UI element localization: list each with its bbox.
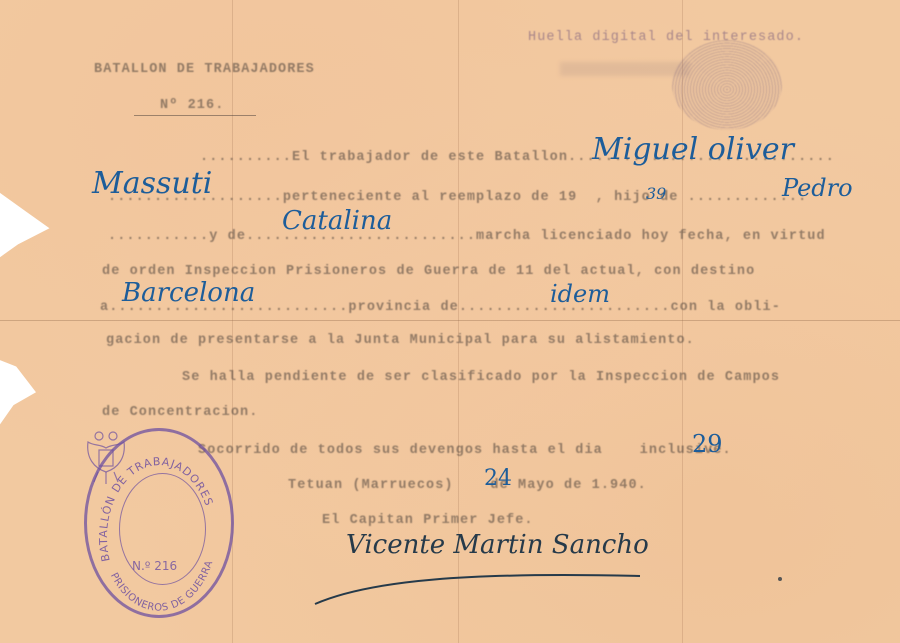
fingerprint-mark <box>672 40 782 130</box>
date-day-handwritten: 24 <box>484 466 512 491</box>
worker-name-handwritten: Miguel oliver <box>592 132 794 167</box>
signature: Vicente Martin Sancho <box>346 530 649 560</box>
body-line-3: ...........y de.........................… <box>108 229 826 244</box>
body-line-9: Socorrido de todos sus devengos hasta el… <box>198 443 732 458</box>
ink-dot <box>778 577 782 581</box>
unit-number: Nº 216. <box>160 98 224 113</box>
number-underline <box>134 115 256 116</box>
eagle-emblem-icon <box>84 428 128 486</box>
body-line-8: de Concentracion. <box>102 405 258 420</box>
body-line-4: de orden Inspeccion Prisioneros de Guerr… <box>102 264 755 279</box>
reemplazo-year-handwritten: 39 <box>646 184 666 203</box>
destination-province-handwritten: idem <box>550 280 610 308</box>
fold-line <box>0 320 900 321</box>
stamp-number: N.º 216 <box>132 559 177 573</box>
body-line-7: Se halla pendiente de ser clasificado po… <box>182 370 780 385</box>
signatory-title: El Capitan Primer Jefe. <box>322 513 534 528</box>
fingerprint-smudge <box>560 62 690 76</box>
paid-until-day-handwritten: 29 <box>692 430 723 458</box>
body-line-2: ...................perteneciente al reem… <box>108 190 807 205</box>
fingerprint-label: Huella digital del interesado. <box>528 30 804 45</box>
place-date-line: Tetuan (Marruecos) de Mayo de 1.940. <box>288 478 647 493</box>
unit-heading: BATALLON DE TRABAJADORES <box>94 62 315 77</box>
father-name-handwritten: Pedro <box>782 174 853 202</box>
document-paper: BATALLON DE TRABAJADORES Nº 216. Huella … <box>0 0 900 643</box>
body-line-6: gacion de presentarse a la Junta Municip… <box>106 333 695 348</box>
official-stamp: BATALLÓN DE TRABAJADORES PRISIONEROS DE … <box>84 428 234 618</box>
signature-flourish <box>310 560 650 610</box>
body-line-5: a..........................provincia de.… <box>100 300 781 315</box>
